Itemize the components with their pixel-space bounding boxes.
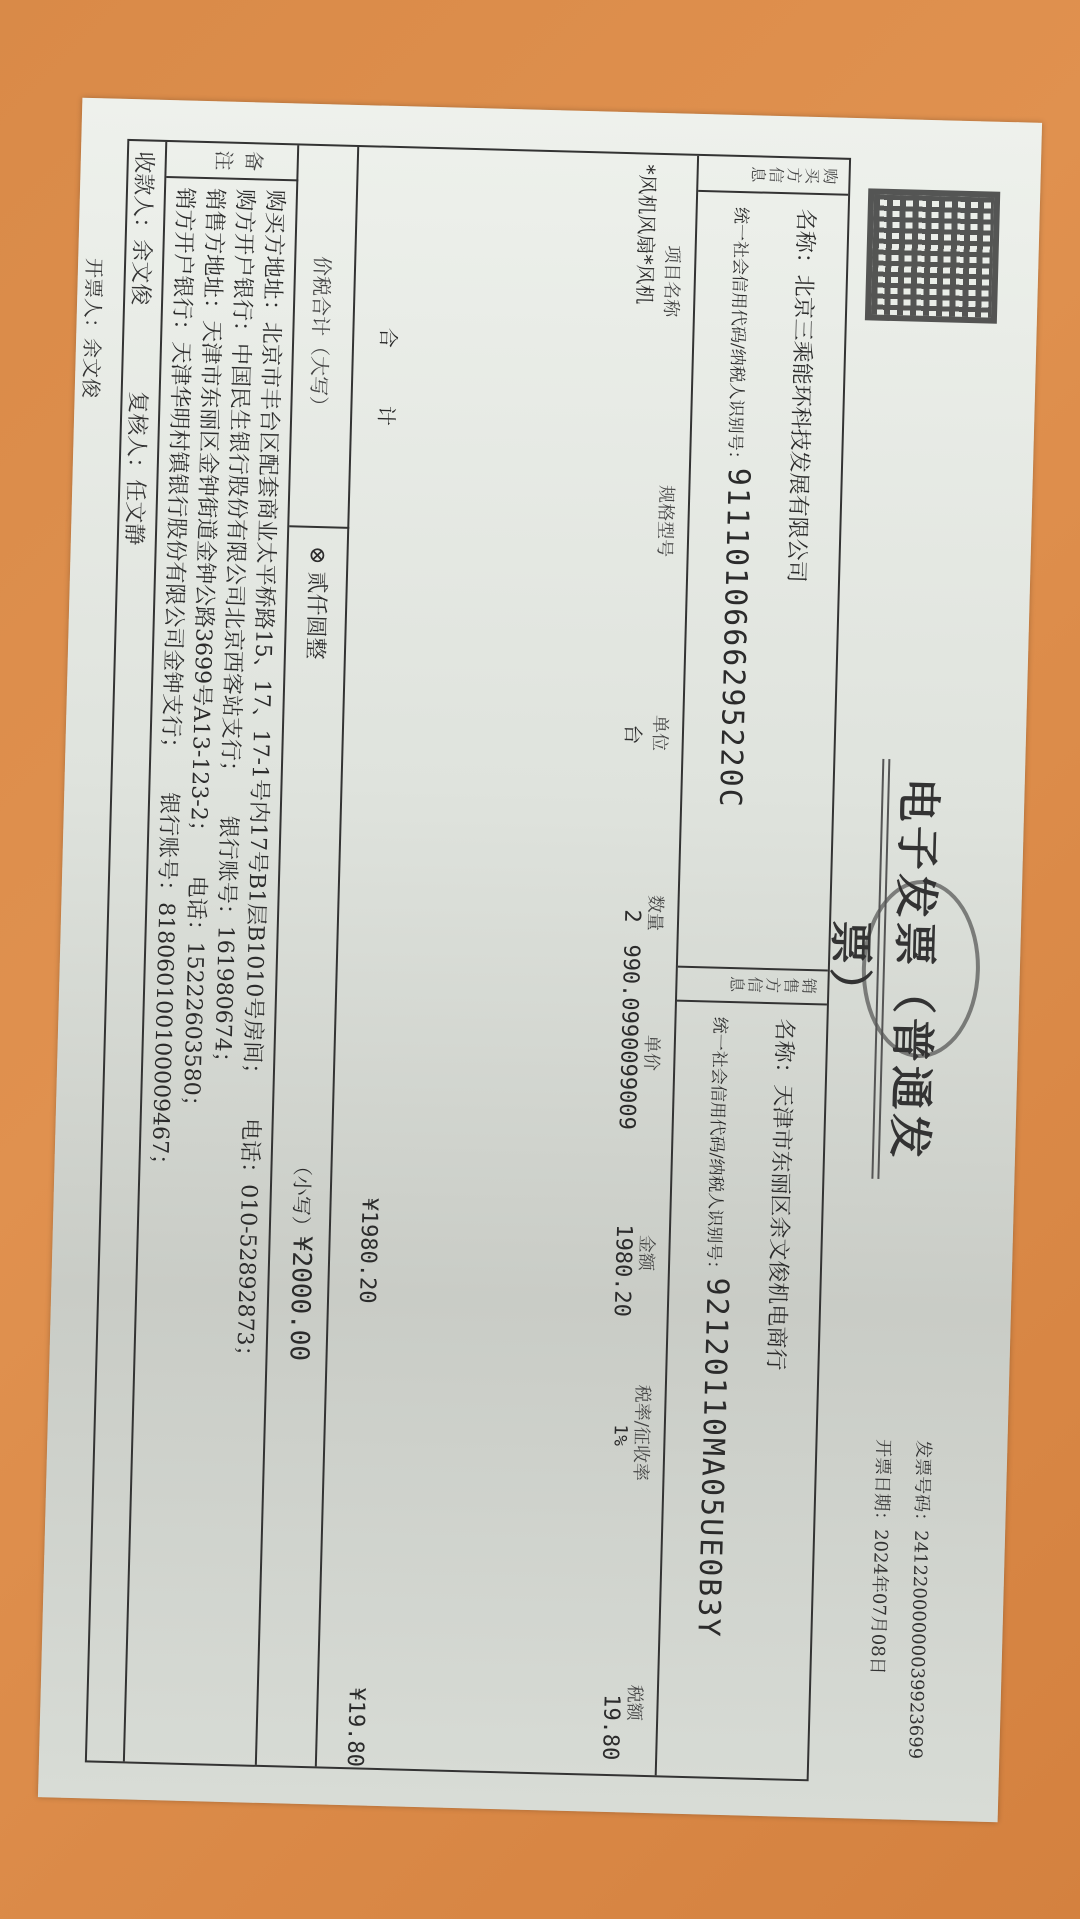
buyer-tax-id-value: 9111010666295220C [712, 467, 756, 809]
item-tax: 19.80 [597, 1694, 624, 1761]
remarks-label: 备注 [209, 149, 270, 173]
buyer-name-value: 北京三乘能环科技发展有限公司 [783, 274, 816, 583]
qr-code-icon [865, 188, 1000, 323]
seller-section-label: 销售方信息 [727, 973, 818, 997]
issue-date: 开票日期：2024年07月08日 [865, 1439, 897, 1675]
issue-date-value: 2024年07月08日 [866, 1529, 891, 1675]
total-tax: ¥19.80 [342, 1687, 369, 1767]
header-unit-price: 单价 [639, 1035, 666, 1072]
circle-x-icon: ⊗ [304, 546, 329, 565]
payee: 收款人：余文俊 [126, 151, 161, 306]
seller-tax-id-label: 统一社会信用代码/纳税人识别号： [703, 1016, 730, 1277]
header-unit: 单位 [648, 715, 675, 752]
issuer: 开票人：余文俊 [78, 258, 111, 399]
buyer-name-label: 名称： [791, 208, 818, 275]
item-tax-rate: 1% [609, 1424, 631, 1446]
total-label: 合 计 [373, 327, 405, 432]
invoice-number-label: 发票号码： [910, 1440, 933, 1531]
header-item-name: 项目名称 [659, 245, 687, 318]
item-unit-price: 990.0990099009 [614, 944, 644, 1130]
reviewer: 复核人：任文静 [120, 391, 155, 546]
issuer-label: 开票人： [80, 258, 106, 339]
invoice-paper: 电子发票（普通发票） 发票号码：24122000000039923699 开票日… [38, 98, 1042, 1823]
buyer-tax-id: 统一社会信用代码/纳税人识别号：9111010666295220C [712, 207, 763, 809]
items-area: 项目名称 规格型号 单位 数量 单价 金额 税率/征收率 税额 *风机风扇*风机… [315, 147, 699, 1775]
grand-total-words-value: 贰仟圆整 [302, 571, 329, 660]
item-unit: 台 [620, 724, 650, 745]
header-amount: 金额 [634, 1235, 661, 1272]
payee-label: 收款人： [129, 151, 156, 240]
grand-total-label: 价税合计（大写） [305, 256, 338, 417]
invoice-number-value: 24122000000039923699 [904, 1530, 931, 1760]
buyer-tax-id-label: 统一社会信用代码/纳税人识别号： [724, 207, 751, 468]
buyer-name: 名称：北京三乘能环科技发展有限公司 [782, 208, 823, 583]
total-amount: ¥1980.20 [354, 1197, 382, 1304]
reviewer-label: 复核人： [122, 391, 149, 480]
seller-name-label: 名称： [770, 1018, 797, 1085]
header-tax: 税额 [622, 1684, 649, 1721]
divider [289, 525, 349, 529]
item-quantity: 2 [619, 909, 644, 923]
grand-total-small-label: （小写） [288, 1156, 319, 1237]
seller-name-value: 天津市东丽区余文俊机电商行 [762, 1084, 794, 1371]
payee-value: 余文俊 [127, 239, 154, 306]
seller-tax-id: 统一社会信用代码/纳税人识别号：92120110MA05UE0B3Y [690, 1016, 741, 1639]
divider [678, 966, 828, 972]
issuer-value: 余文俊 [79, 338, 105, 399]
header-spec: 规格型号 [653, 485, 681, 558]
header-tax-rate: 税率/征收率 [628, 1385, 657, 1482]
seller-tax-id-value: 92120110MA05UE0B3Y [690, 1277, 734, 1639]
header-quantity: 数量 [643, 895, 670, 932]
grand-total-small-value: ¥2000.00 [283, 1235, 316, 1361]
divider [677, 1000, 827, 1006]
seller-name: 名称：天津市东丽区余文俊机电商行 [761, 1018, 801, 1371]
invoice-number: 发票号码：24122000000039923699 [903, 1440, 937, 1760]
grand-total-words: ⊗ 贰仟圆整 [301, 546, 335, 660]
item-name: *风机风扇*风机 [631, 164, 664, 305]
invoice-table: 购买方信息 名称：北京三乘能环科技发展有限公司 统一社会信用代码/纳税人识别号：… [85, 139, 851, 1781]
divider [166, 176, 298, 181]
issue-date-label: 开票日期： [870, 1439, 893, 1530]
buyer-section-label: 购买方信息 [748, 163, 839, 187]
divider [698, 190, 848, 196]
invoice-photo: 电子发票（普通发票） 发票号码：24122000000039923699 开票日… [38, 98, 1042, 1823]
item-amount: 1980.20 [609, 1224, 636, 1317]
reviewer-value: 任文静 [121, 479, 148, 546]
